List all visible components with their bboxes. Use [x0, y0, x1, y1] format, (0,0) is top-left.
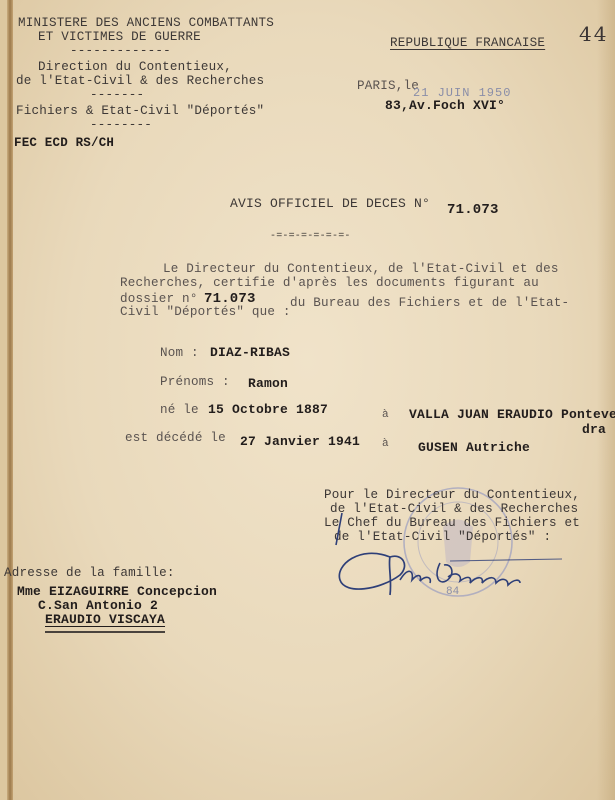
address-underline: [45, 631, 165, 633]
direction-line1: Direction du Contentieux,: [38, 60, 232, 74]
dossier-number: 71.073: [204, 292, 256, 306]
body-line3-suffix: du Bureau des Fichiers et de l'Etat-: [290, 296, 569, 310]
family-street: C.San Antonio 2: [38, 599, 158, 613]
birth-place-continued: dra: [582, 423, 606, 437]
birth-date: 15 Octobre 1887: [208, 403, 328, 417]
page-number: 44: [579, 27, 608, 41]
death-date: 27 Janvier 1941: [240, 435, 360, 449]
separator-2: -------: [90, 88, 144, 102]
nom-value: DIAZ-RIBAS: [210, 346, 290, 360]
ministry-line1: MINISTERE DES ANCIENS COMBATTANTS: [18, 16, 274, 30]
paper-fold-shadow: [7, 0, 13, 800]
prenoms-label: Prénoms :: [160, 375, 230, 389]
body-line3-prefix: dossier n°: [120, 292, 198, 306]
separator-3: --------: [90, 118, 152, 132]
nom-label: Nom :: [160, 346, 199, 360]
reference-code: FEC ECD RS/CH: [14, 136, 114, 150]
family-city: ERAUDIO VISCAYA: [45, 613, 165, 627]
signature-icon: [330, 505, 590, 605]
separator-1: -------------: [70, 44, 171, 58]
title-separator: -=-=-=-=-=-=-: [270, 230, 351, 244]
body-line2: Recherches, certifie d'après les documen…: [120, 276, 539, 290]
place-label: PARIS,le: [357, 79, 419, 93]
right-edge-shade: [597, 0, 615, 800]
birth-place: VALLA JUAN ERAUDIO Ponteve: [409, 408, 615, 422]
office-address: 83,Av.Foch XVI°: [385, 99, 505, 113]
death-place: GUSEN Autriche: [418, 441, 530, 455]
signature-line1: Pour le Directeur du Contentieux,: [324, 488, 580, 502]
direction-line2: de l'Etat-Civil & des Recherches: [16, 74, 264, 88]
birth-a: à: [382, 408, 389, 422]
notice-number: 71.073: [447, 203, 499, 217]
birth-label: né le: [160, 403, 199, 417]
ministry-line2: ET VICTIMES DE GUERRE: [38, 30, 201, 44]
document-title: AVIS OFFICIEL DE DECES N°: [230, 197, 430, 211]
death-a: à: [382, 437, 389, 451]
prenoms-value: Ramon: [248, 377, 288, 391]
body-line1: Le Directeur du Contentieux, de l'Etat-C…: [163, 262, 559, 276]
republic-heading: REPUBLIQUE FRANCAISE: [390, 36, 545, 50]
family-name: Mme EIZAGUIRRE Concepcion: [17, 585, 217, 599]
body-line4: Civil "Déportés" que :: [120, 305, 291, 319]
page-edge: [0, 0, 7, 800]
service-name: Fichiers & Etat-Civil "Déportés": [16, 104, 264, 118]
family-address-label: Adresse de la famille:: [4, 566, 175, 580]
death-label: est décédé le: [125, 431, 226, 445]
